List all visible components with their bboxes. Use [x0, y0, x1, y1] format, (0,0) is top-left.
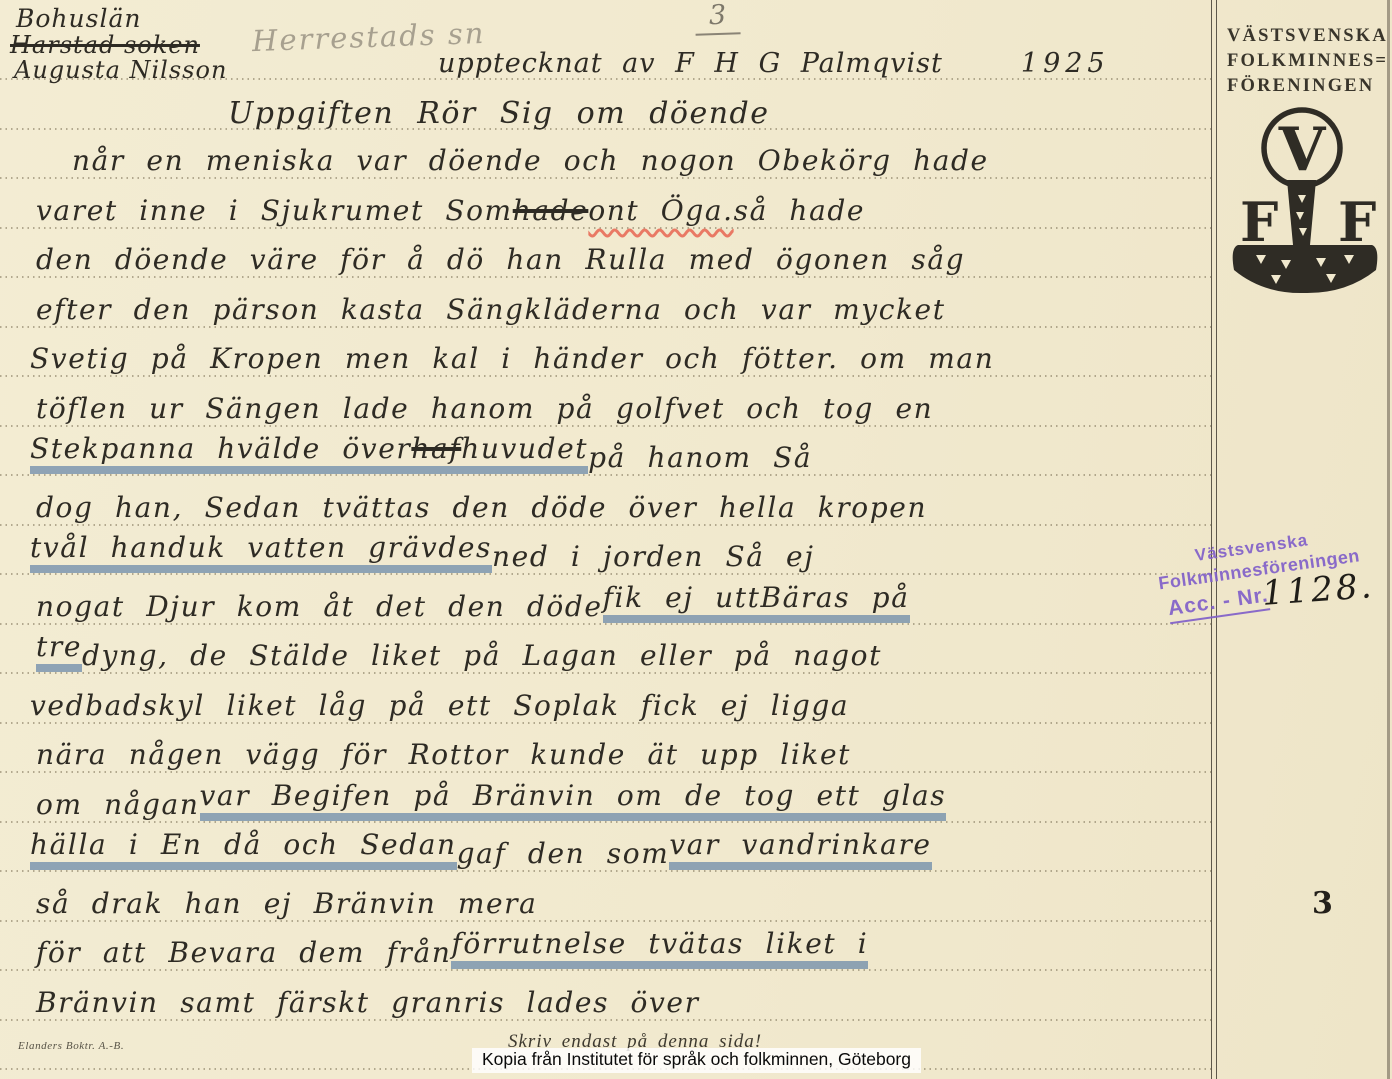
ruled-line [0, 821, 1211, 823]
manuscript-segment: var Begifen på Bränvin om de tog ett gla… [200, 779, 947, 821]
manuscript-segment: töflen ur Sängen lade hanom på golfvet o… [36, 392, 933, 425]
manuscript-segment: nära någen vägg för Rottor kunde ät upp … [36, 738, 851, 771]
logo-letter-f-left: F [1240, 190, 1278, 254]
manuscript-line: Stekpanna hvälde över haf huvudet på han… [30, 428, 812, 474]
ruled-line [0, 623, 1211, 625]
page-number: 3 [1312, 886, 1333, 921]
manuscript-segment: den döende väre för å dö han Rulla med ö… [36, 243, 965, 276]
manuscript-line: hälla i En då och Sedan gaf den som var … [30, 824, 932, 870]
manuscript-segment: om någan [36, 788, 200, 821]
logo-letter-f-right: F [1338, 190, 1376, 254]
manuscript-page: Bohuslän Harstad soken Augusta Nilsson H… [0, 0, 1392, 1079]
manuscript-line: dog han, Sedan tvättas den döde över hel… [36, 478, 927, 524]
manuscript-segment: gaf den som [457, 837, 670, 870]
manuscript-segment: ont Öga. [588, 194, 733, 227]
manuscript-segment: tre [36, 630, 82, 672]
parish-crossed-out: Harstad soken [10, 31, 200, 59]
ruled-line [0, 425, 1211, 427]
manuscript-segment: så drak han ej Bränvin mera [36, 887, 537, 920]
ruled-line [0, 969, 1211, 971]
manuscript-line: efter den pärson kasta Sängkläderna och … [36, 280, 946, 326]
manuscript-line: nogat Djur kom åt det den döde fik ej ut… [36, 577, 910, 623]
manuscript-segment: hade [513, 194, 589, 227]
manuscript-segment: Bränvin samt färskt granris lades över [36, 986, 700, 1019]
ruled-line [0, 672, 1211, 674]
manuscript-line: Bränvin samt färskt granris lades över [36, 973, 700, 1019]
record-year: 1925 [1021, 48, 1110, 79]
manuscript-line: tvål handuk vatten grävdes ned i jorden … [30, 527, 814, 573]
ruled-line [0, 1019, 1211, 1021]
manuscript-line: töflen ur Sängen lade hanom på golfvet o… [36, 379, 933, 425]
ruled-line [0, 177, 1211, 179]
manuscript-segment: når en meniska var döende och nogon Obek… [72, 144, 989, 177]
recorded-by-text: upptecknat av F H G Palmqvist [438, 48, 943, 79]
accession-number: 1128. [1261, 566, 1376, 614]
printer-mark: Elanders Boktr. A.-B. [18, 1040, 124, 1052]
manuscript-segment: vedbadskyl liket låg på ett Soplak fick … [30, 689, 849, 722]
recorded-by-note: upptecknat av F H G Palmqvist1925 [438, 48, 1110, 79]
logo-letter-v: V [1278, 115, 1327, 185]
ruled-line [0, 573, 1211, 575]
organization-name: VÄSTSVENSKA FOLKMINNES= FÖRENINGEN [1227, 24, 1387, 99]
archive-copy-caption: Kopia från Institutet för språk och folk… [472, 1048, 921, 1073]
ruled-line [0, 474, 1211, 476]
ruled-line [0, 375, 1211, 377]
ruled-line [0, 326, 1211, 328]
manuscript-segment: på hanom Så [588, 441, 812, 474]
ruled-line [0, 870, 1211, 872]
manuscript-line: så drak han ej Bränvin mera [36, 874, 537, 920]
manuscript-line: varet inne i Sjukrumet Som hade ont Öga.… [36, 181, 865, 227]
sidebar-divider-rule [1211, 0, 1217, 1079]
province-label: Bohuslän [16, 4, 141, 33]
manuscript-segment: huvudet [461, 432, 588, 474]
manuscript-segment: tvål handuk vatten grävdes [30, 531, 492, 573]
manuscript-segment: efter den pärson kasta Sängkläderna och … [36, 293, 946, 326]
organization-name-line: VÄSTSVENSKA [1227, 24, 1387, 49]
manuscript-line: om någan var Begifen på Bränvin om de to… [36, 775, 946, 821]
manuscript-line: nära någen vägg för Rottor kunde ät upp … [36, 725, 851, 771]
manuscript-line: Svetig på Kropen men kal i händer och fö… [30, 329, 994, 375]
ruled-line [0, 920, 1211, 922]
manuscript-segment: nogat Djur kom åt det den döde [36, 590, 603, 623]
manuscript-segment: ned i jorden Så ej [492, 540, 814, 573]
manuscript-line: för att Bevara dem från förrutnelse tvät… [36, 923, 868, 969]
ruled-line [0, 276, 1211, 278]
thors-hammer-logo: V F F [1226, 100, 1384, 332]
manuscript-segment: hälla i En då och Sedan [30, 828, 457, 870]
manuscript-segment: dyng, de Stälde liket på Lagan eller på … [82, 639, 882, 672]
manuscript-line: vedbadskyl liket låg på ett Soplak fick … [30, 676, 849, 722]
manuscript-segment: Stekpanna hvälde över [30, 432, 411, 474]
ruled-line [0, 524, 1211, 526]
manuscript-segment: för att Bevara dem från [36, 936, 451, 969]
manuscript-segment: Svetig på Kropen men kal i händer och fö… [30, 342, 994, 375]
manuscript-line: den döende väre för å dö han Rulla med ö… [36, 230, 965, 276]
document-title: Uppgiften Rör Sig om döende [228, 96, 770, 131]
manuscript-segment: var vandrinkare [669, 828, 931, 870]
manuscript-segment: dog han, Sedan tvättas den döde över hel… [36, 491, 927, 524]
collector-name: Augusta Nilsson [14, 56, 227, 84]
organization-name-line: FOLKMINNES= [1227, 49, 1387, 74]
manuscript-segment: fik ej uttBäras på [603, 581, 910, 623]
ruled-line [0, 771, 1211, 773]
ruled-line [0, 722, 1211, 724]
manuscript-line: når en meniska var döende och nogon Obek… [72, 131, 989, 177]
manuscript-segment: förrutnelse tvätas liket i [451, 927, 868, 969]
manuscript-segment: haf [411, 432, 461, 474]
manuscript-segment: så hade [734, 194, 865, 227]
pencil-page-number: 3 [694, 0, 740, 36]
manuscript-segment: varet inne i Sjukrumet Som [36, 194, 513, 227]
manuscript-line: tre dyng, de Stälde liket på Lagan eller… [36, 626, 882, 672]
organization-name-line: FÖRENINGEN [1227, 74, 1387, 99]
